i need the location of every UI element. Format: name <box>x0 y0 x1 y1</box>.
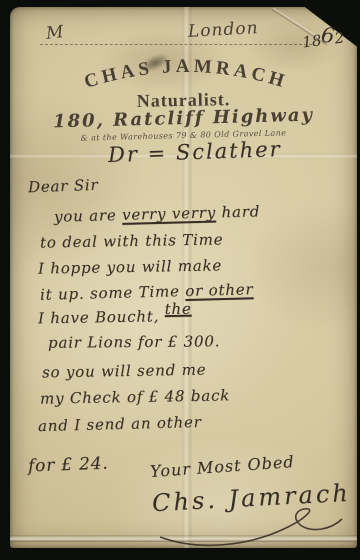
addressee: Dr = Sclather <box>108 137 282 167</box>
photo-background: M London 1862 CHAS JAMRACH Naturalist. 1… <box>0 0 360 560</box>
line-text-underlined: or other <box>185 280 254 300</box>
year-text: 1862 <box>301 24 346 53</box>
letter-line: my Check of £ 48 back <box>40 386 230 407</box>
letter-line: and I send an other <box>38 413 202 435</box>
year-handwritten-digit: 6 <box>320 23 336 48</box>
year-suffix: 2 <box>334 28 346 47</box>
letter-line: I have Boucht, the <box>38 307 192 328</box>
date-rule-line <box>40 43 312 45</box>
closing-valediction: Your Most Obed <box>150 452 296 481</box>
line-text-inserted-above: the <box>164 300 191 318</box>
line-text: hard <box>216 202 261 221</box>
line-text: and I send an other <box>38 413 202 435</box>
line-text: to deal with this Time <box>40 230 224 251</box>
year-printed: 18 <box>301 31 322 51</box>
svg-text:CHAS JAMRACH: CHAS JAMRACH <box>82 56 290 93</box>
line-text: it up. some Time <box>40 282 186 304</box>
letter-line: to deal with this Time <box>40 230 224 251</box>
letter-line: for £ 24. <box>28 454 109 477</box>
letter-paper: M London 1862 CHAS JAMRACH Naturalist. 1… <box>10 7 357 548</box>
line-text: my Check of £ 48 back <box>40 386 230 407</box>
letter-line: it up. some Time or other <box>40 280 254 304</box>
line-text: so you will send me <box>42 361 207 382</box>
letter-line: you are verry verry hard <box>54 202 261 225</box>
city-label: London <box>188 18 259 42</box>
line-text: I hoppe you will make <box>38 256 222 277</box>
line-text: I have Boucht, <box>38 307 165 327</box>
line-text-underlined: verry verry <box>122 203 216 223</box>
letter-line: I hoppe you will make <box>38 256 222 277</box>
letter-line: pair Lions for £ 300. <box>48 332 220 352</box>
letter-line: so you will send me <box>42 361 207 382</box>
line-text: pair Lions for £ 300. <box>48 332 220 352</box>
signature-flourish <box>156 505 346 549</box>
salutation: Dear Sir <box>28 176 99 196</box>
line-text: you are <box>54 206 123 226</box>
line-text: for £ 24. <box>28 454 109 477</box>
letterhead-name: CHAS JAMRACH <box>82 56 290 93</box>
recipient-initial: M <box>45 22 65 44</box>
